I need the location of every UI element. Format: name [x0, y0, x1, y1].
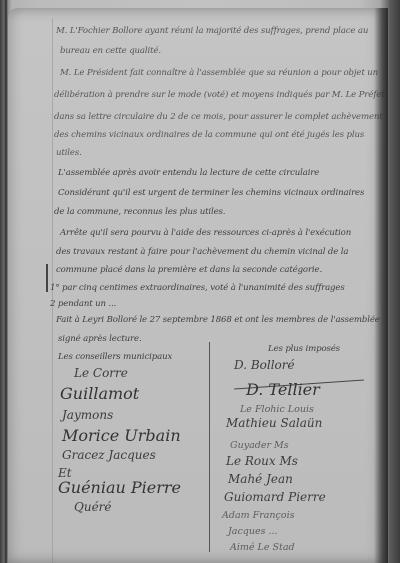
left-signatures-header: Les conseillers municipaux: [58, 352, 172, 362]
body-line: M. Le Président fait connaître à l'assem…: [60, 68, 378, 78]
signature: Le Flohic Louis: [240, 404, 314, 415]
body-line: commune placé dans la première et dans l…: [56, 265, 322, 275]
body-line: Arrête qu'il sera pourvu à l'aide des re…: [60, 228, 351, 238]
body-line: signé après lecture.: [58, 334, 142, 344]
paper-sheet: M. L'Fochier Bollore ayant réuni la majo…: [8, 8, 388, 563]
body-line: délibération à prendre sur le mode (voté…: [54, 90, 384, 100]
signature: D. Tellier: [246, 380, 320, 399]
body-line: dans sa lettre circulaire du 2 de ce moi…: [54, 112, 383, 122]
signature: Gracez Jacques: [62, 448, 156, 462]
signature: Aimé Le Stad: [230, 542, 295, 553]
signature: Jaymons: [62, 408, 113, 422]
signature: Morice Urbain: [62, 426, 181, 445]
body-line: des chemins vicinaux ordinaires de la co…: [54, 130, 364, 140]
signature: Jacques ...: [228, 526, 278, 537]
signature-column-divider: [209, 342, 210, 552]
body-line: de la commune, reconnus les plus utiles.: [54, 207, 225, 217]
body-line: 1° par cinq centimes extraordinaires, vo…: [50, 283, 345, 293]
body-line: 2 pendant un ...: [50, 299, 116, 309]
signature: Le Roux Ms: [226, 454, 298, 468]
scanned-register-page: M. L'Fochier Bollore ayant réuni la majo…: [0, 0, 400, 563]
signature: Guillamot: [60, 384, 139, 403]
body-line: M. L'Fochier Bollore ayant réuni la majo…: [56, 26, 368, 36]
body-line: bureau en cette qualité.: [60, 46, 161, 56]
signature: Mathieu Salaün: [226, 416, 322, 430]
signature: D. Bolloré: [234, 358, 295, 372]
body-line: Fait à Leyri Bolloré le 27 septembre 186…: [56, 315, 380, 325]
signature: Guéniau Pierre: [58, 478, 181, 497]
bracket-mark: [46, 264, 48, 292]
body-line: utiles.: [56, 148, 82, 158]
signature: Quéré: [74, 500, 112, 514]
signature: Le Corre: [74, 366, 128, 380]
right-signatures-header: Les plus imposés: [268, 344, 340, 354]
binding-edge-shadow: [374, 8, 388, 563]
body-line: des travaux restant à faire pour l'achèv…: [56, 247, 348, 257]
signature: Guyader Ms: [230, 440, 289, 451]
body-line: L'assemblée après avoir entendu la lectu…: [58, 168, 319, 178]
body-line: Considérant qu'il est urgent de terminer…: [58, 188, 364, 198]
signature: Mahé Jean: [228, 472, 293, 486]
signature: Guiomard Pierre: [224, 490, 326, 504]
signature: Adam François: [222, 510, 295, 521]
